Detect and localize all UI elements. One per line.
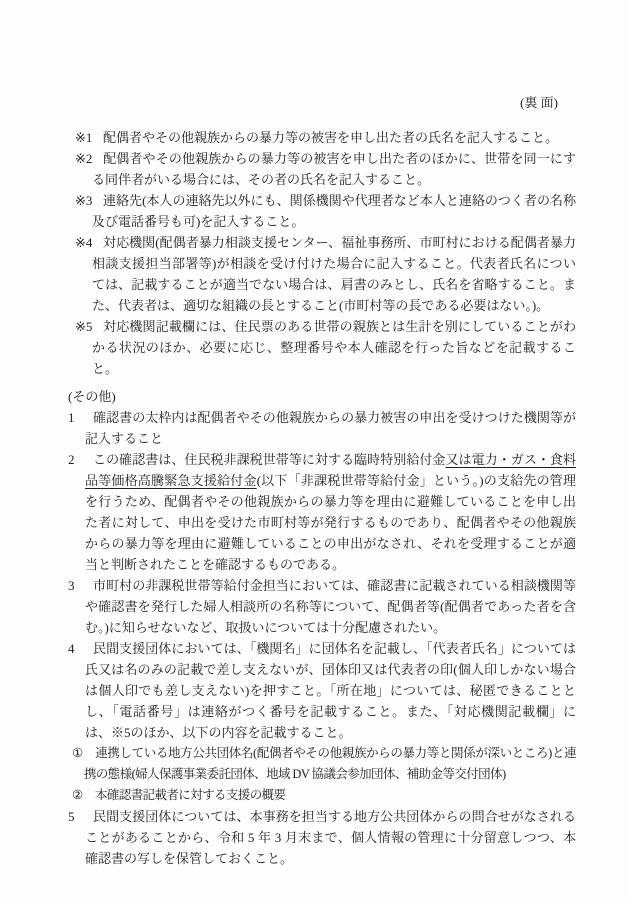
note-label: ※5 (75, 316, 103, 337)
other-item-label: 4 (68, 638, 93, 659)
notes-list: ※1配偶者やその他親族からの暴力等の被害を申し出た者の氏名を記入すること。 ※2… (68, 127, 576, 379)
other-item-4: 4民間支援団体においては、「機関名」に団体名を記載し、「代表者氏名」については氏… (68, 638, 576, 743)
other-list: 1確認書の太枠内は配偶者やその他親族からの暴力被害の申出を受けつけた機関等が記入… (68, 407, 576, 869)
note-item-2: ※2配偶者やその他親族からの暴力等の被害を申し出た者のほかに、世帯を同一にする同… (75, 148, 576, 190)
other-item-text-pre: この確認書は、住民税非課税世帯等に対する臨時特別給付金 (93, 452, 446, 467)
note-item-3: ※3連絡先(本人の連絡先以外にも、関係機関や代理者など本人と連絡のつく者の名称及… (75, 190, 576, 232)
other-item-label: 3 (68, 575, 93, 596)
other-item-text: 民間支援団体においては、「機関名」に団体名を記載し、「代表者氏名」については氏又… (85, 641, 576, 740)
other-item-4-sub-2: ②本確認書記載者に対する支援の概要 (72, 785, 576, 806)
subitem-text: 連携している地方公共団体名(配偶者やその他親族からの暴力等と関係が深いところ)と… (84, 746, 576, 781)
other-item-text: 市町村の非課税世帯等給付金担当においては、確認書に記載されている相談機関等や確認… (85, 578, 576, 635)
other-item-2: 2この確認書は、住民税非課税世帯等に対する臨時特別給付金又は電力・ガス・食料品等… (68, 449, 576, 575)
note-item-1: ※1配偶者やその他親族からの暴力等の被害を申し出た者の氏名を記入すること。 (75, 127, 576, 148)
note-text: 対応機関(配偶者暴力相談支援センター、福祉事務所、市町村における配偶者暴力相談支… (92, 235, 576, 313)
other-item-1: 1確認書の太枠内は配偶者やその他親族からの暴力被害の申出を受けつけた機関等が記入… (68, 407, 576, 449)
other-item-3: 3市町村の非課税世帯等給付金担当においては、確認書に記載されている相談機関等や確… (68, 575, 576, 638)
other-item-text: 民間支援団体については、本事務を担当する地方公共団体からの問合せがなされることが… (85, 809, 576, 866)
subitem-text: 本確認書記載者に対する支援の概要 (95, 788, 285, 802)
other-item-4-sub-1: ①連携している地方公共団体名(配偶者やその他親族からの暴力等と関係が深いところ)… (72, 743, 576, 785)
page-side-label: (裏 面) (68, 92, 576, 113)
note-label: ※4 (75, 232, 103, 253)
other-item-label: 1 (68, 407, 93, 428)
note-item-4: ※4対応機関(配偶者暴力相談支援センター、福祉事務所、市町村における配偶者暴力相… (75, 232, 576, 316)
document-page: (裏 面) ※1配偶者やその他親族からの暴力等の被害を申し出た者の氏名を記入する… (0, 0, 630, 903)
note-text: 配偶者やその他親族からの暴力等の被害を申し出た者の氏名を記入すること。 (103, 130, 558, 145)
other-item-text: 確認書の太枠内は配偶者やその他親族からの暴力被害の申出を受けつけた機関等が記入す… (85, 410, 576, 446)
note-label: ※3 (75, 190, 103, 211)
note-text: 対応機関記載欄には、住民票のある世帯の親族とは生計を別にしていることがわかる状況… (92, 319, 576, 376)
other-item-label: 2 (68, 449, 93, 470)
other-item-label: 5 (68, 806, 93, 827)
other-item-5: 5民間支援団体については、本事務を担当する地方公共団体からの問合せがなされること… (68, 806, 576, 869)
note-text: 配偶者やその他親族からの暴力等の被害を申し出た者のほかに、世帯を同一にする同伴者… (92, 151, 576, 187)
note-label: ※1 (75, 127, 103, 148)
note-item-5: ※5対応機関記載欄には、住民票のある世帯の親族とは生計を別にしていることがわかる… (75, 316, 576, 379)
subitem-label: ① (72, 743, 95, 764)
note-label: ※2 (75, 148, 103, 169)
other-section-heading: (その他) (68, 386, 576, 407)
note-text: 連絡先(本人の連絡先以外にも、関係機関や代理者など本人と連絡のつく者の名称及び電… (92, 193, 576, 229)
subitem-label: ② (72, 785, 95, 806)
